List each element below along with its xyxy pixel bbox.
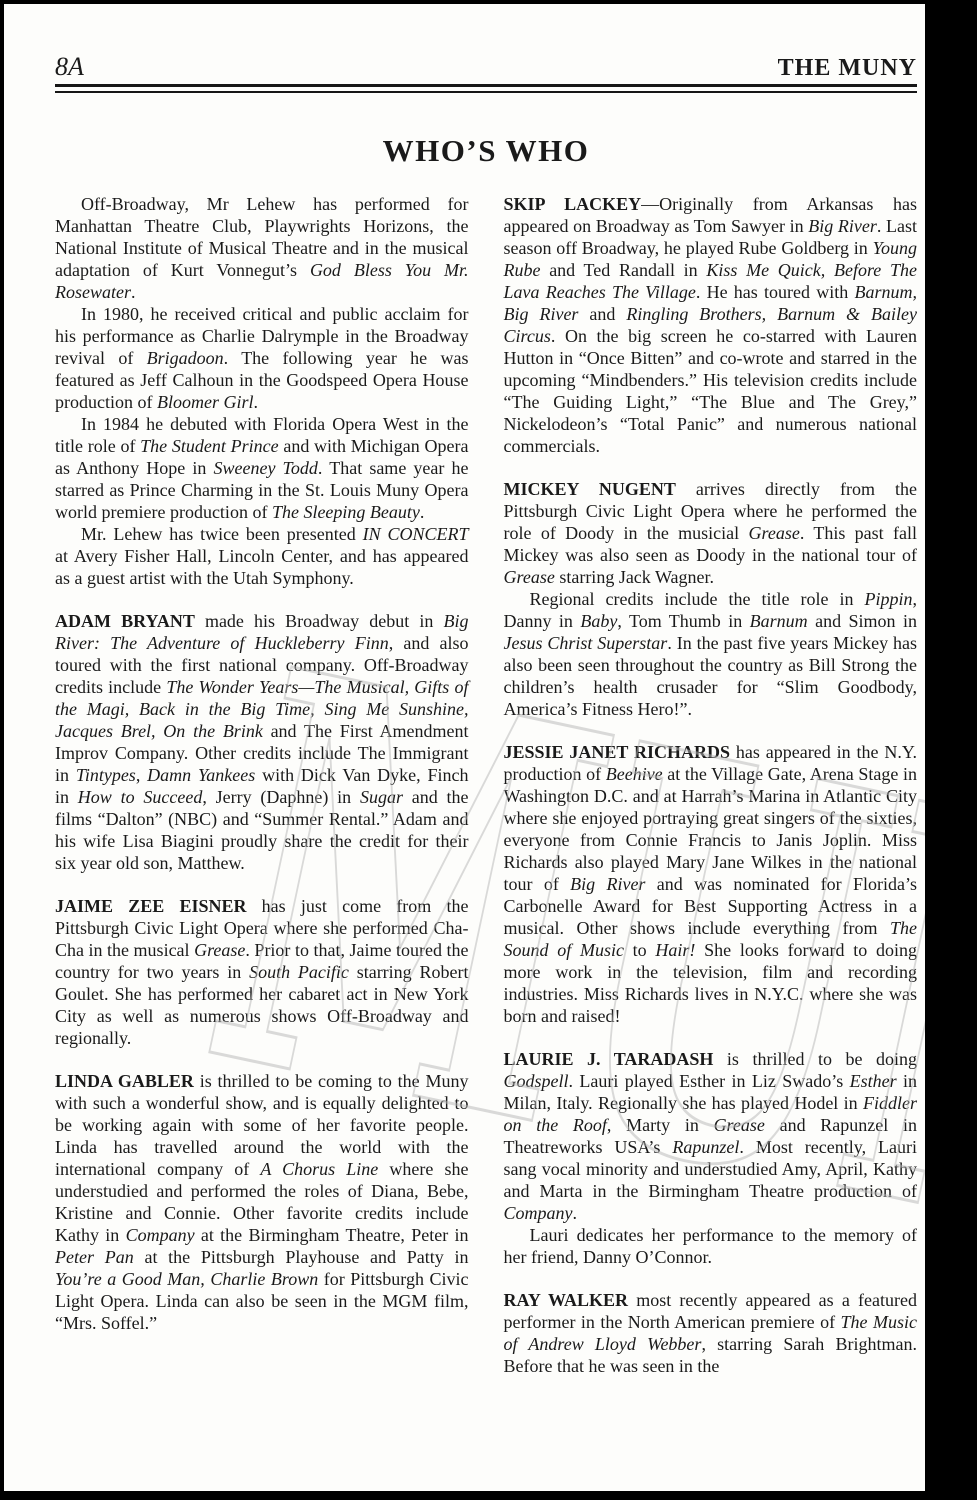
- bio-paragraph: Mr. Lehew has twice been presented IN CO…: [55, 523, 469, 589]
- program-page: MUNY 8A THE MUNY WHO’S WHO Off-Broadway,…: [4, 4, 925, 1491]
- two-column-layout: Off-Broadway, Mr Lehew has performed for…: [55, 193, 917, 1377]
- bio-paragraph: ADAM BRYANT made his Broadway debut in B…: [55, 610, 469, 874]
- bio-paragraph: JESSIE JANET RICHARDS has appeared in th…: [504, 741, 918, 1027]
- publication-name: THE MUNY: [778, 56, 917, 80]
- bio-paragraph: RAY WALKER most recently appeared as a f…: [504, 1289, 918, 1377]
- bio-paragraph: LAURIE J. TARADASH is thrilled to be doi…: [504, 1048, 918, 1224]
- page-number: 8A: [55, 54, 84, 80]
- left-column: Off-Broadway, Mr Lehew has performed for…: [55, 193, 469, 1377]
- bio-paragraph: In 1984 he debuted with Florida Opera We…: [55, 413, 469, 523]
- bio-paragraph: SKIP LACKEY—Originally from Arkansas has…: [504, 193, 918, 457]
- bio-paragraph: Off-Broadway, Mr Lehew has performed for…: [55, 193, 469, 303]
- bio-paragraph: LINDA GABLER is thrilled to be coming to…: [55, 1070, 469, 1334]
- page-content: 8A THE MUNY WHO’S WHO Off-Broadway, Mr L…: [55, 48, 917, 1377]
- section-title: WHO’S WHO: [55, 135, 917, 166]
- page-header: 8A THE MUNY: [55, 48, 917, 80]
- header-divider-rule: [55, 84, 917, 93]
- right-column: SKIP LACKEY—Originally from Arkansas has…: [504, 193, 918, 1377]
- bio-paragraph: In 1980, he received critical and public…: [55, 303, 469, 413]
- bio-paragraph: Lauri dedicates her performance to the m…: [504, 1224, 918, 1268]
- bio-paragraph: JAIME ZEE EISNER has just come from the …: [55, 895, 469, 1049]
- bio-paragraph: MICKEY NUGENT arrives directly from the …: [504, 478, 918, 588]
- bio-paragraph: Regional credits include the title role …: [504, 588, 918, 720]
- scanned-program-page: { "page": { "number": "8A", "publication…: [0, 0, 977, 1500]
